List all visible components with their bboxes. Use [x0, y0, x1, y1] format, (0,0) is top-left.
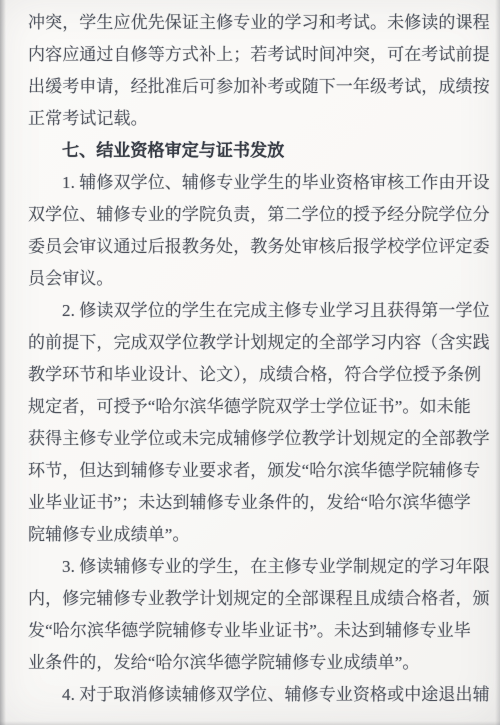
text-line: 内，修完辅修专业教学计划规定的全部课程且成绩合格者，颁 — [28, 583, 472, 615]
text-line: 业条件的，发给“哈尔滨华德学院辅修专业成绩单”。 — [28, 647, 472, 679]
text-line-item-4-start: 4. 对于取消修读辅修双学位、辅修专业资格或中途退出辅 — [28, 679, 472, 711]
text-line-item-3-start: 3. 修读辅修专业的学生，在主修专业学制规定的学习年限 — [28, 551, 472, 583]
text-line: 教学环节和毕业设计、论文），成绩合格，符合学位授予条例 — [28, 359, 472, 391]
text-line: 规定者，可授予“哈尔滨华德学院双学士学位证书”。如未能 — [28, 391, 472, 423]
scan-shadow-bottom — [0, 721, 500, 725]
document-text-block: 冲突，学生应优先保证主修专业的学习和考试。未修读的课程 内容应通过自修等方式补上… — [0, 0, 500, 711]
text-line-item-1-start: 1. 辅修双学位、辅修专业学生的毕业资格审核工作由开设 — [28, 167, 472, 199]
text-line-item-2-start: 2. 修读双学位的学生在完成主修专业学习且获得第一学位 — [28, 295, 472, 327]
text-line: 获得主修专业学位或未完成辅修学位教学计划规定的全部教学 — [28, 423, 472, 455]
scanned-document-page: 冲突，学生应优先保证主修专业的学习和考试。未修读的课程 内容应通过自修等方式补上… — [0, 0, 500, 725]
text-line: 内容应通过自修等方式补上；若考试时间冲突，可在考试前提 — [28, 39, 472, 71]
section-heading: 七、结业资格审定与证书发放 — [28, 135, 472, 167]
text-line: 委员会审议通过后报教务处，教务处审核后报学校学位评定委 — [28, 231, 472, 263]
text-line: 发“哈尔滨华德学院辅修专业毕业证书”。未达到辅修专业毕 — [28, 615, 472, 647]
text-line: 业毕业证书”；未达到辅修专业条件的，发给“哈尔滨华德学 — [28, 487, 472, 519]
text-line: 环节，但达到辅修专业要求者，颁发“哈尔滨华德学院辅修专 — [28, 455, 472, 487]
text-line: 正常考试记载。 — [28, 103, 472, 135]
text-line: 员会审议。 — [28, 263, 472, 295]
text-line: 冲突，学生应优先保证主修专业的学习和考试。未修读的课程 — [28, 7, 472, 39]
text-line: 双学位、辅修专业的学院负责，第二学位的授予经分院学位分 — [28, 199, 472, 231]
text-line: 的前提下，完成双学位教学计划规定的全部学习内容（含实践 — [28, 327, 472, 359]
text-line: 院辅修专业成绩单”。 — [28, 519, 472, 551]
text-line: 出缓考申请，经批准后可参加补考或随下一年级考试，成绩按 — [28, 71, 472, 103]
